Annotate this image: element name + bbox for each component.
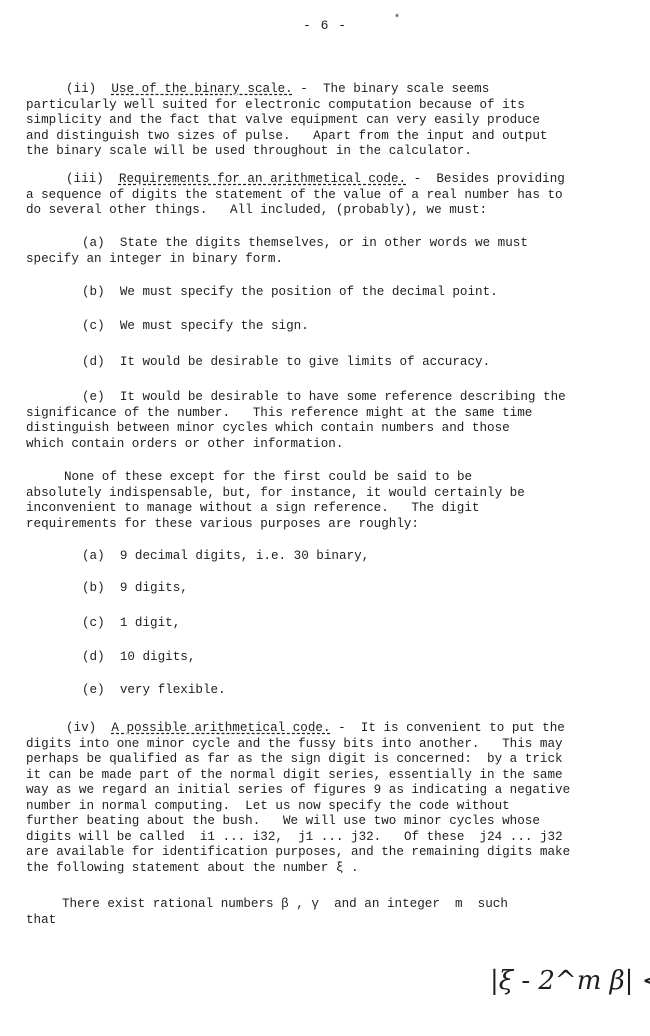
requirement-c: (c) 1 digit, <box>82 616 180 632</box>
document-page: - 6 - * (ii) Use of the binary scale. - … <box>0 0 650 1036</box>
section-iv-heading: A possible arithmetical code. <box>111 721 330 735</box>
item-c: (c) We must specify the sign. <box>26 319 586 335</box>
i-range: i1 ... i32, <box>200 830 283 844</box>
section-iii-heading: Requirements for an arithmetical code. <box>119 172 406 186</box>
item-d: (d) It would be desirable to give limits… <box>26 355 586 371</box>
requirement-b: (b) 9 digits, <box>82 581 188 597</box>
section-ii-heading: Use of the binary scale. <box>111 82 292 96</box>
identification-range: j24 ... j32 <box>480 830 563 844</box>
item-e: (e) It would be desirable to have some r… <box>26 390 586 452</box>
requirement-d: (d) 10 digits, <box>82 650 195 666</box>
requirement-e: (e) very flexible. <box>82 683 226 699</box>
section-iii: (iii) Requirements for an arithmetical c… <box>26 172 586 219</box>
page-number: - 6 - <box>0 18 650 33</box>
requirement-a: (a) 9 decimal digits, i.e. 30 binary, <box>82 549 369 565</box>
section-iv: (iv) A possible arithmetical code. - It … <box>26 721 586 876</box>
item-b: (b) We must specify the position of the … <box>26 285 586 301</box>
statement: There exist rational numbers β , γ and a… <box>26 897 586 928</box>
j-range: j1 ... j32. <box>298 830 381 844</box>
page-mark: * <box>394 14 400 25</box>
item-a: (a) State the digits themselves, or in o… <box>26 236 586 267</box>
paragraph-none-of-these: None of these except for the first could… <box>26 470 586 532</box>
inequality-formula: |ξ - 2^m β| < γ <box>490 966 650 996</box>
section-ii: (ii) Use of the binary scale. - The bina… <box>26 82 586 160</box>
